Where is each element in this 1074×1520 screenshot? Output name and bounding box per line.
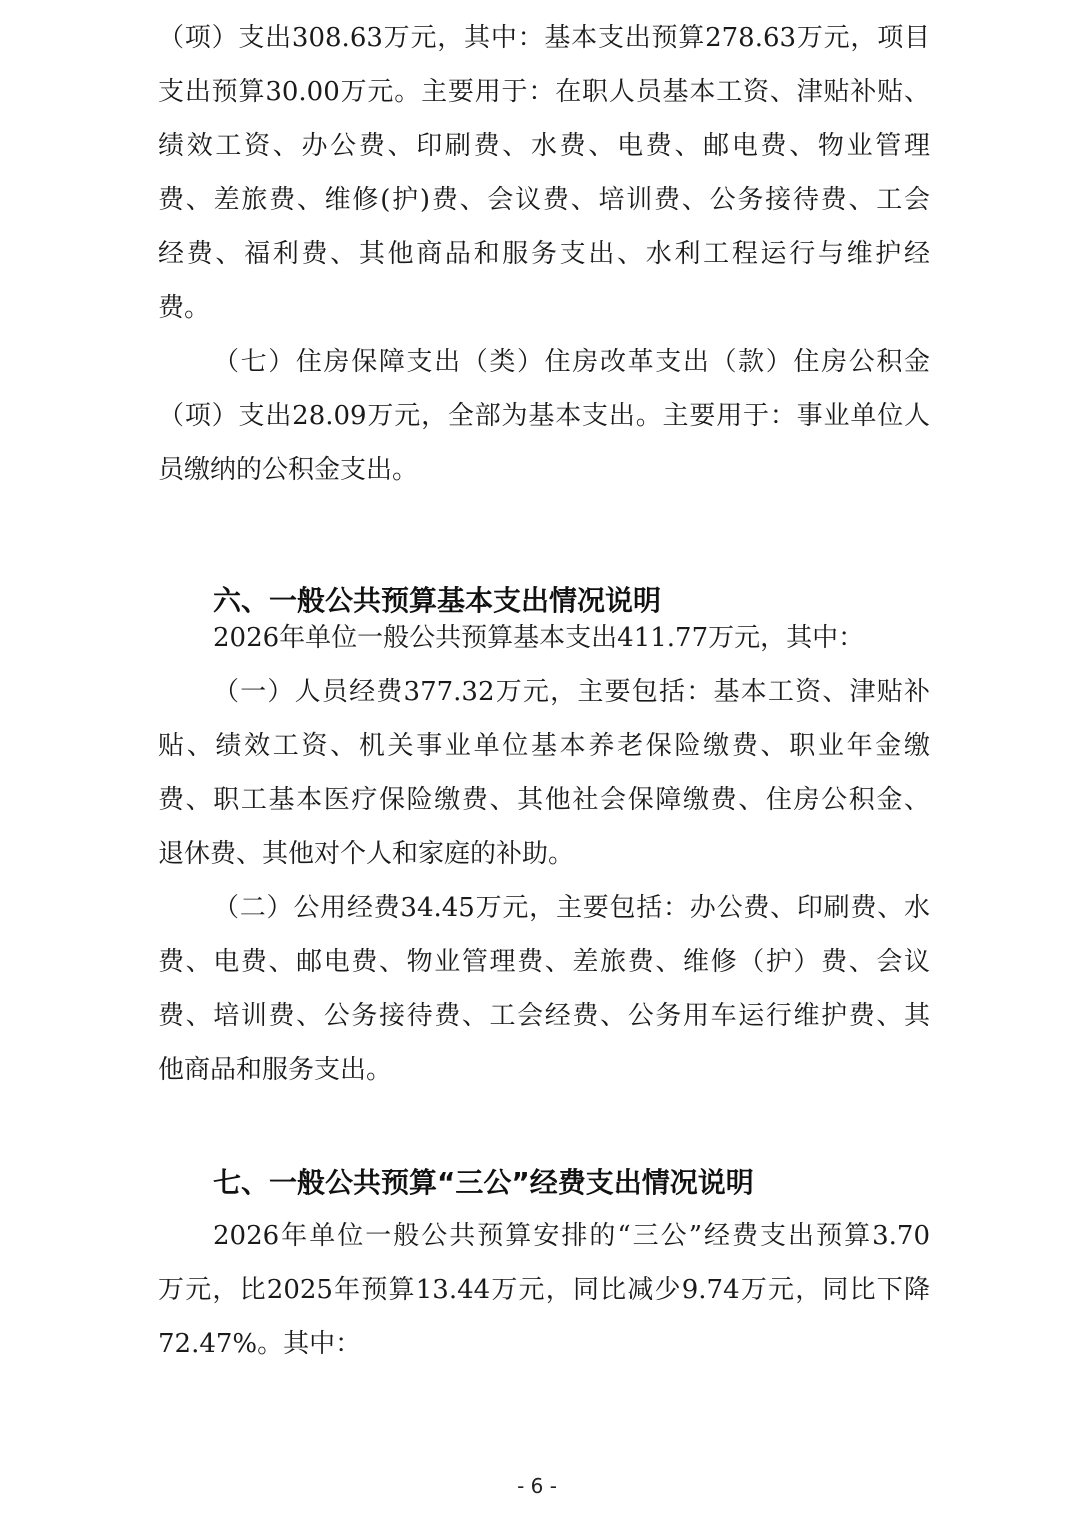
- paragraph-line: （七）住房保障支出（类）住房改革支出（款）住房公积金: [213, 346, 930, 378]
- section-heading-7: 七、一般公共预算“三公”经费支出情况说明: [213, 1166, 754, 1200]
- paragraph-line: （项）支出28.09万元，全部为基本支出。主要用于：事业单位人: [158, 400, 930, 432]
- paragraph-line: 经费、福利费、其他商品和服务支出、水利工程运行与维护经: [158, 238, 930, 270]
- paragraph-line: （项）支出308.63万元，其中：基本支出预算278.63万元，项目: [158, 22, 930, 54]
- paragraph-line: 退休费、其他对个人和家庭的补助。: [158, 838, 930, 870]
- paragraph-line: 支出预算30.00万元。主要用于：在职人员基本工资、津贴补贴、: [158, 76, 930, 108]
- paragraph-line: 费、培训费、公务接待费、工会经费、公务用车运行维护费、其: [158, 1000, 930, 1032]
- paragraph-line: 员缴纳的公积金支出。: [158, 454, 930, 486]
- paragraph-line: 费、电费、邮电费、物业管理费、差旅费、维修（护）费、会议: [158, 946, 930, 978]
- paragraph-line: 贴、绩效工资、机关事业单位基本养老保险缴费、职业年金缴: [158, 730, 930, 762]
- paragraph-line: 费。: [158, 292, 930, 324]
- paragraph-line: 2026年单位一般公共预算安排的“三公”经费支出预算3.70: [213, 1220, 930, 1252]
- paragraph-line: （二）公用经费34.45万元，主要包括：办公费、印刷费、水: [213, 892, 930, 924]
- document-page: （项）支出308.63万元，其中：基本支出预算278.63万元，项目 支出预算3…: [0, 0, 1074, 1520]
- paragraph-line: 2026年单位一般公共预算基本支出411.77万元，其中：: [213, 622, 930, 654]
- page-number: - 6 -: [0, 1474, 1074, 1498]
- section-heading-6: 六、一般公共预算基本支出情况说明: [213, 584, 661, 618]
- paragraph-line: 绩效工资、办公费、印刷费、水费、电费、邮电费、物业管理: [158, 130, 930, 162]
- paragraph-line: 费、差旅费、维修(护)费、会议费、培训费、公务接待费、工会: [158, 184, 930, 216]
- paragraph-line: 他商品和服务支出。: [158, 1054, 930, 1086]
- paragraph-line: 万元，比2025年预算13.44万元，同比减少9.74万元，同比下降: [158, 1274, 930, 1306]
- paragraph-line: （一）人员经费377.32万元，主要包括：基本工资、津贴补: [213, 676, 930, 708]
- paragraph-line: 费、职工基本医疗保险缴费、其他社会保障缴费、住房公积金、: [158, 784, 930, 816]
- paragraph-line: 72.47%。其中：: [158, 1328, 930, 1360]
